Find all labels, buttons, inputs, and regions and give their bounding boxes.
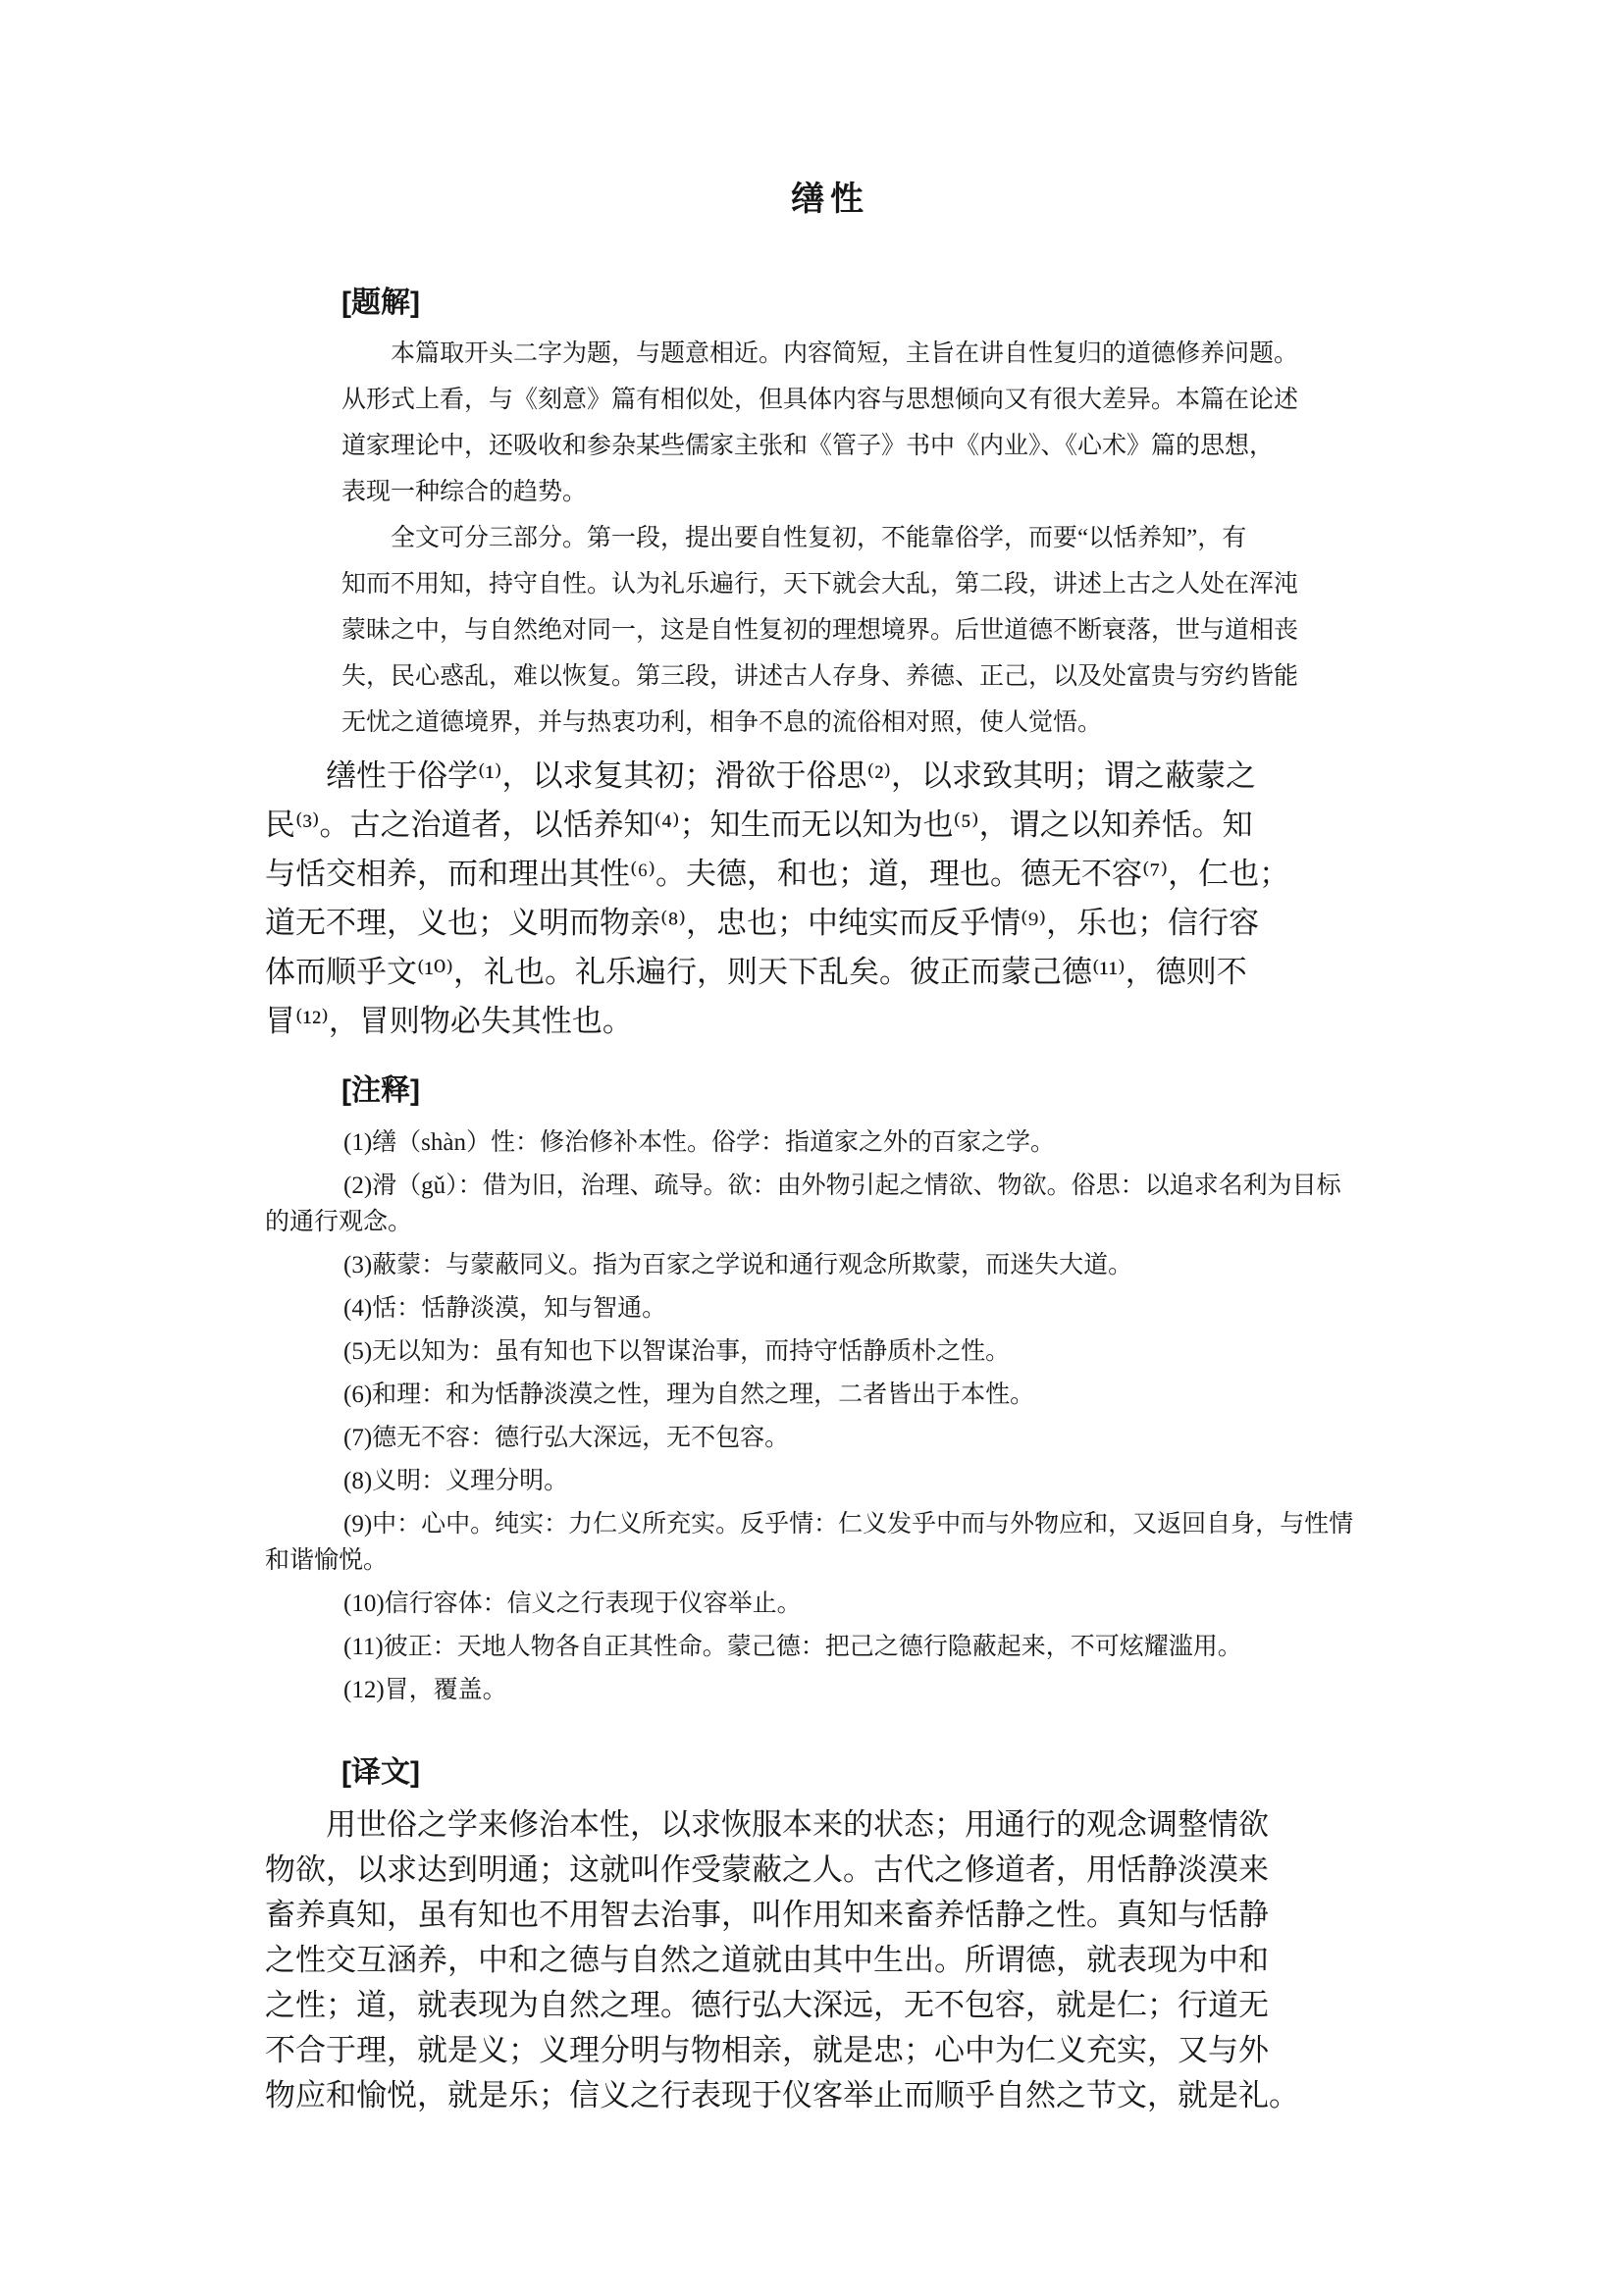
section-header-tijie: [题解] [341,284,1395,323]
note-item-4: (4)恬：恬静淡漠，知与智通。 [265,1290,1395,1327]
note-item-12: (12)冒，覆盖。 [265,1672,1395,1708]
yiwen-text: 用世俗之学来修治本性，以求恢服本来的状态；用通行的观念调整情欲 物欲，以求达到明… [265,1802,1395,2118]
note-item-5: (5)无以知为：虽有知也下以智谋治事，而持守恬静质朴之性。 [265,1333,1395,1370]
tijie-paragraph-1: 本篇取开头二字为题，与题意相近。内容简短，主旨在讲自性复归的道德修养问题。 从形… [341,331,1395,515]
note-item-7: (7)德无不容：德行弘大深远，无不包容。 [265,1420,1395,1456]
note-item-6: (6)和理：和为恬静淡漠之性，理为自然之理，二者皆出于本性。 [265,1377,1395,1413]
note-item-1: (1)缮（shàn）性：修治修补本性。俗学：指道家之外的百家之学。 [265,1124,1395,1161]
note-item-9: (9)中：心中。纯实：力仁义所充实。反乎情：仁义发乎中而与外物应和，又返回自身，… [265,1506,1395,1579]
note-item-8: (8)义明：义理分明。 [265,1463,1395,1499]
note-item-11: (11)彼正：天地人物各自正其性命。蒙己德：把己之德行隐蔽起来，不可炫耀滥用。 [265,1629,1395,1665]
section-header-yiwen: [译文] [341,1753,1395,1793]
note-item-2: (2)滑（gǔ）：借为旧，治理、疏导。欲：由外物引起之情欲、物欲。俗思：以追求名… [265,1168,1395,1240]
page-title: 缮性 [265,180,1395,219]
document-page: 缮性 [题解] 本篇取开头二字为题，与题意相近。内容简短，主旨在讲自性复归的道德… [0,0,1624,2118]
section-header-zhushi: [注释] [341,1071,1395,1111]
note-item-10: (10)信行容体：信义之行表现于仪容举止。 [265,1586,1395,1622]
tijie-paragraph-2: 全文可分三部分。第一段，提出要自性复初，不能靠俗学，而要“以恬养知”，有 知而不… [341,515,1395,746]
note-item-3: (3)蔽蒙：与蒙蔽同义。指为百家之学说和通行观念所欺蒙，而迷失大道。 [265,1247,1395,1283]
original-text: 缮性于俗学⁽¹⁾，以求复其初；滑欲于俗思⁽²⁾，以求致其明；谓之蔽蒙之 民⁽³⁾… [265,752,1395,1046]
